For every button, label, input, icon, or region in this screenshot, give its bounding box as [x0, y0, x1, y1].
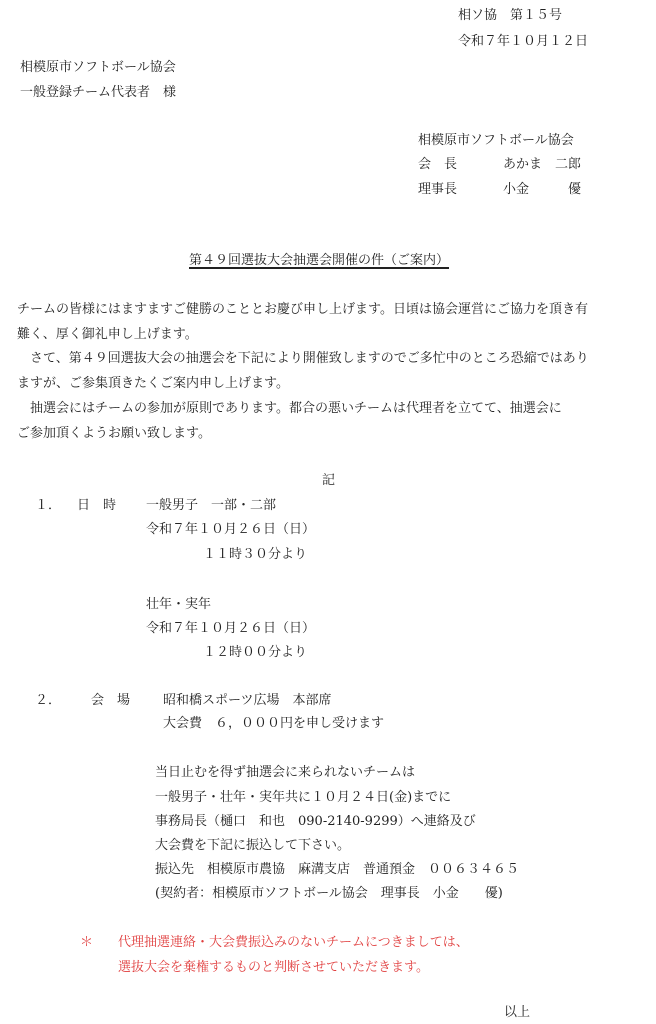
- president-name: あかま 二郎: [503, 157, 581, 173]
- body-p3-line2: ご参加頂くようお願い致します。: [17, 426, 211, 442]
- item2-number: ２．: [35, 693, 61, 709]
- item1-group2-time: １２時００分より: [203, 645, 307, 661]
- president-title: 会 長: [418, 157, 457, 173]
- item1-number: １．: [35, 498, 61, 514]
- body-p2-line1: さて、第４９回選抜大会の抽選会を下記により開催致しますのでご多忙中のところ恐縮で…: [17, 351, 589, 367]
- warning-line1: 代理抽選連絡・大会費振込みのないチームにつきましては、: [118, 935, 469, 951]
- ki-heading: 記: [322, 473, 335, 489]
- notice-account-holder: (契約者：相模原市ソフトボール協会 理事長 小金 優): [155, 886, 503, 902]
- notice-line1: 当日止むを得ず抽選会に来られないチームは: [155, 765, 415, 781]
- body-p1-line2: 難く、厚く御礼申し上げます。: [17, 327, 198, 343]
- notice-line4: 大会費を下記に振込して下さい。: [155, 838, 350, 854]
- warning-asterisk-icon: ＊: [80, 935, 93, 951]
- item1-group2-date: 令和７年１０月２６日（日）: [146, 621, 315, 637]
- item1-group1-date: 令和７年１０月２６日（日）: [146, 522, 315, 538]
- notice-bank-account: 振込先 相模原市農協 麻溝支店 普通預金 ００６３４６５: [155, 862, 519, 878]
- director-name: 小金 優: [503, 182, 581, 198]
- doc-number: 相ソ協 第１５号: [458, 8, 562, 24]
- item1-group1-name: 一般男子 一部・二部: [146, 498, 276, 514]
- director-title: 理事長: [418, 182, 457, 198]
- item2-label: 会 場: [91, 693, 130, 709]
- document-title: 第４９回選抜大会抽選会開催の件（ご案内）: [189, 253, 449, 269]
- item2-fee: 大会費 ６，０００円を申し受けます: [163, 716, 384, 732]
- recipient-addressee: 一般登録チーム代表者 様: [20, 85, 176, 101]
- item1-group1-time: １１時３０分より: [203, 547, 307, 563]
- body-p2-line2: ますが、ご参集頂きたくご案内申し上げます。: [17, 376, 289, 392]
- item2-venue: 昭和橋スポーツ広場 本部席: [163, 693, 331, 709]
- body-p3-line1: 抽選会にはチームの参加が原則であります。都合の悪いチームは代理者を立てて、抽選会…: [17, 401, 562, 417]
- closing-ijou: 以上: [504, 1005, 530, 1021]
- sender-org: 相模原市ソフトボール協会: [418, 133, 574, 149]
- body-p1-line1: チームの皆様にはますますご健勝のこととお慶び申し上げます。日頃は協会運営にご協力…: [17, 302, 588, 318]
- item1-group2-name: 壮年・実年: [146, 597, 211, 613]
- warning-line2: 選抜大会を棄権するものと判断させていただきます。: [118, 960, 429, 976]
- notice-line2: 一般男子・壮年・実年共に１０月２４日(金)までに: [155, 790, 451, 806]
- doc-date: 令和７年１０月１２日: [458, 34, 588, 50]
- item1-label: 日 時: [77, 498, 116, 514]
- notice-line3: 事務局長（樋口 和也 090-2140-9299）へ連絡及び: [155, 814, 476, 830]
- recipient-org: 相模原市ソフトボール協会: [20, 60, 176, 76]
